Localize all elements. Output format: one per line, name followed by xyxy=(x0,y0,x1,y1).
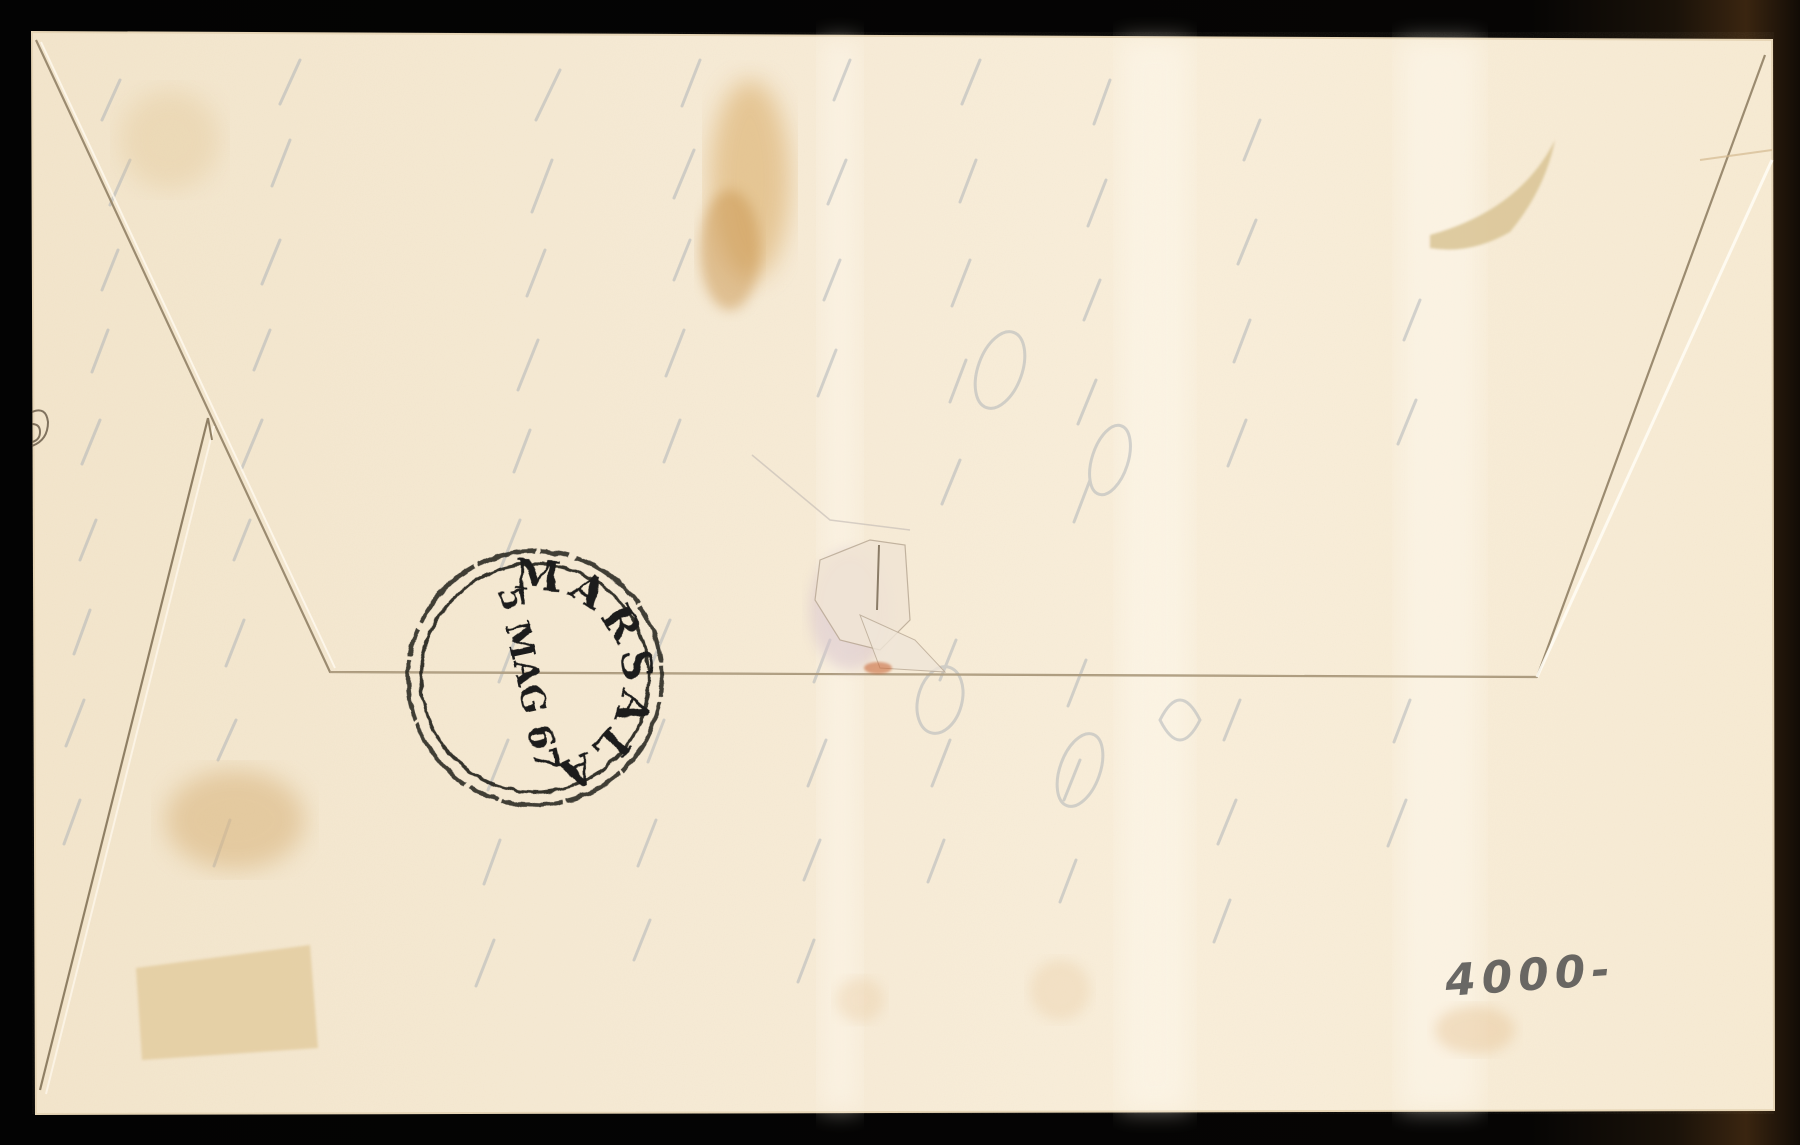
photo-scene: MARSALA 5 MAG 67 4000- xyxy=(0,0,1800,1145)
